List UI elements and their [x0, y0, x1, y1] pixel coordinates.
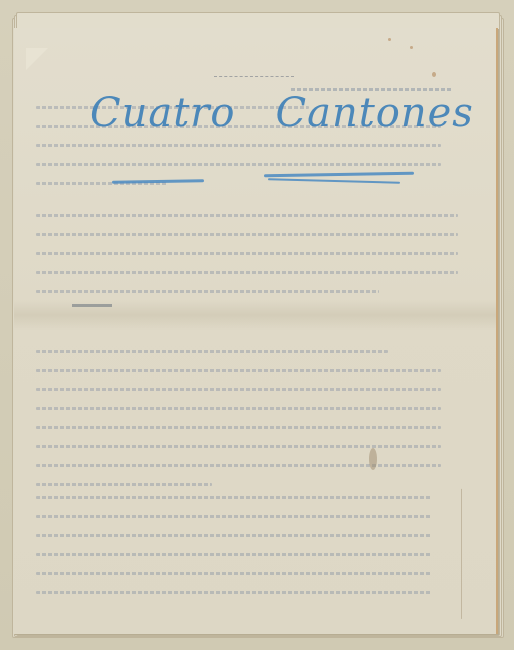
typed-line — [36, 388, 441, 391]
title-word-1: Cuatro — [90, 90, 236, 136]
typed-line — [36, 144, 441, 147]
typed-paragraph-4 — [36, 496, 476, 610]
typed-line — [36, 426, 441, 429]
typed-line — [36, 553, 432, 556]
typed-line — [36, 350, 388, 353]
typed-line — [36, 252, 458, 255]
typed-paragraph-3 — [36, 350, 476, 502]
title-word-2: Cantones — [276, 90, 474, 136]
dashed-rule — [214, 76, 294, 78]
typed-line — [36, 464, 441, 467]
typed-line — [36, 445, 441, 448]
folded-corner — [26, 48, 48, 70]
handwritten-title: Cuatro Cantones — [90, 90, 430, 136]
foxing-spot — [388, 38, 391, 41]
typed-line — [36, 483, 212, 486]
stain — [369, 448, 377, 470]
typed-line — [36, 214, 458, 217]
typed-line — [36, 369, 441, 372]
typed-line — [36, 290, 379, 293]
typed-line — [36, 233, 458, 236]
folded-corner — [461, 479, 492, 619]
typed-line — [36, 407, 441, 410]
typed-line — [36, 496, 432, 499]
typed-paragraph-2 — [36, 214, 476, 309]
foxing-spot — [410, 46, 413, 49]
foxing-spot — [432, 72, 436, 77]
typed-line — [36, 515, 432, 518]
page-fold — [14, 300, 496, 330]
typed-line — [36, 572, 432, 575]
typed-line — [36, 271, 458, 274]
typed-line — [36, 534, 432, 537]
typed-line — [36, 163, 441, 166]
typed-line — [36, 591, 432, 594]
